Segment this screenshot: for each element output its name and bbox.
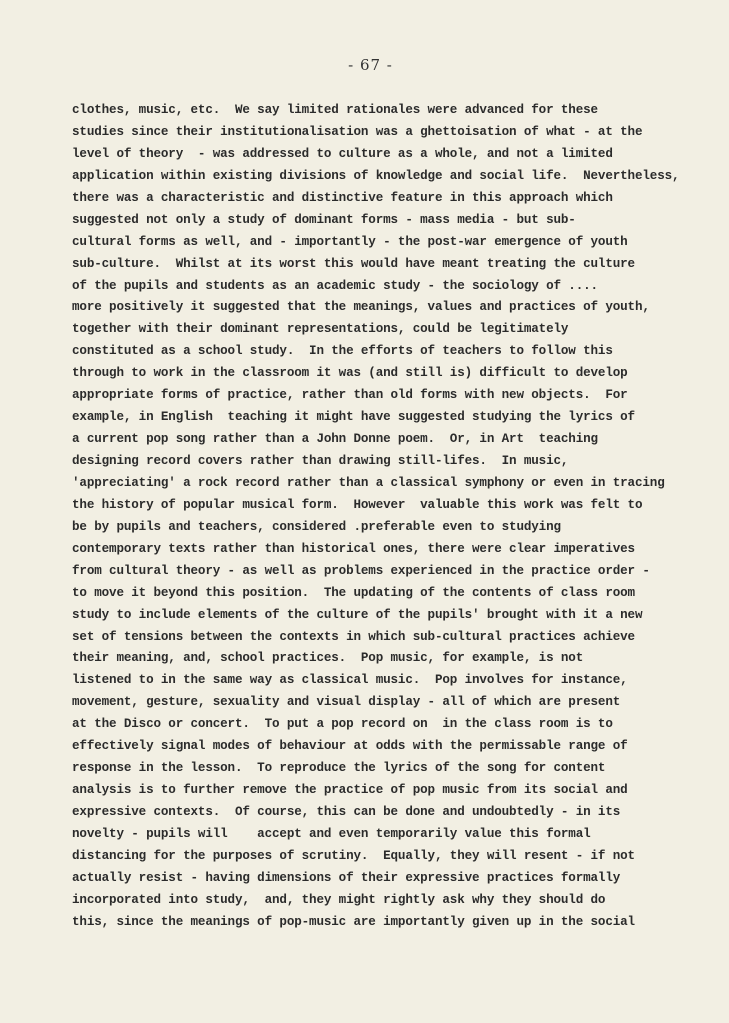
- text-line: set of tensions between the contexts in …: [72, 627, 712, 649]
- text-line: example, in English teaching it might ha…: [72, 407, 712, 429]
- text-line: contemporary texts rather than historica…: [72, 539, 712, 561]
- text-line: response in the lesson. To reproduce the…: [72, 758, 712, 780]
- text-line: cultural forms as well, and - importantl…: [72, 232, 712, 254]
- text-line: movement, gesture, sexuality and visual …: [72, 692, 712, 714]
- typewritten-page: - 67 - clothes, music, etc. We say limit…: [0, 0, 729, 1023]
- text-line: 'appreciating' a rock record rather than…: [72, 473, 712, 495]
- text-line: clothes, music, etc. We say limited rati…: [72, 100, 712, 122]
- text-line: at the Disco or concert. To put a pop re…: [72, 714, 712, 736]
- text-line: effectively signal modes of behaviour at…: [72, 736, 712, 758]
- text-line: study to include elements of the culture…: [72, 605, 712, 627]
- page-number: - 67 -: [0, 56, 729, 74]
- text-line: this, since the meanings of pop-music ar…: [72, 912, 712, 934]
- text-line: there was a characteristic and distincti…: [72, 188, 712, 210]
- text-line: together with their dominant representat…: [72, 319, 712, 341]
- text-line: incorporated into study, and, they might…: [72, 890, 712, 912]
- text-line: analysis is to further remove the practi…: [72, 780, 712, 802]
- text-line: be by pupils and teachers, considered .p…: [72, 517, 712, 539]
- text-line: more positively it suggested that the me…: [72, 297, 712, 319]
- text-line: designing record covers rather than draw…: [72, 451, 712, 473]
- text-line: suggested not only a study of dominant f…: [72, 210, 712, 232]
- text-line: actually resist - having dimensions of t…: [72, 868, 712, 890]
- text-line: application within existing divisions of…: [72, 166, 712, 188]
- text-line: level of theory - was addressed to cultu…: [72, 144, 712, 166]
- text-line: the history of popular musical form. How…: [72, 495, 712, 517]
- body-paragraph: clothes, music, etc. We say limited rati…: [72, 100, 712, 934]
- text-line: expressive contexts. Of course, this can…: [72, 802, 712, 824]
- text-line: through to work in the classroom it was …: [72, 363, 712, 385]
- text-line: a current pop song rather than a John Do…: [72, 429, 712, 451]
- text-line: their meaning, and, school practices. Po…: [72, 648, 712, 670]
- text-line: of the pupils and students as an academi…: [72, 276, 712, 298]
- text-line: from cultural theory - as well as proble…: [72, 561, 712, 583]
- text-line: distancing for the purposes of scrutiny.…: [72, 846, 712, 868]
- text-line: to move it beyond this position. The upd…: [72, 583, 712, 605]
- text-line: novelty - pupils will accept and even te…: [72, 824, 712, 846]
- text-line: appropriate forms of practice, rather th…: [72, 385, 712, 407]
- text-line: listened to in the same way as classical…: [72, 670, 712, 692]
- text-line: constituted as a school study. In the ef…: [72, 341, 712, 363]
- text-line: sub-culture. Whilst at its worst this wo…: [72, 254, 712, 276]
- text-line: studies since their institutionalisation…: [72, 122, 712, 144]
